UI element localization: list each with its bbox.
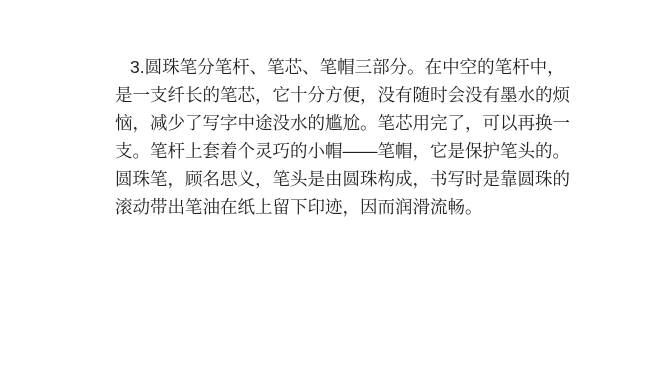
- text-line-1: 3.圆珠笔分笔杆、笔芯、笔帽三部分。在中空的笔杆中，: [115, 53, 585, 81]
- text-line-4: 支。笔杆上套着个灵巧的小帽——笔帽，它是保护笔头的。: [115, 137, 585, 165]
- slide-canvas: 3.圆珠笔分笔杆、笔芯、笔帽三部分。在中空的笔杆中， 是一支纤长的笔芯，它十分方…: [0, 0, 668, 376]
- text-line-5: 圆珠笔，顾名思义，笔头是由圆珠构成，书写时是靠圆珠的: [115, 165, 585, 193]
- text-line-3: 恼，减少了写字中途没水的尴尬。笔芯用完了，可以再换一: [115, 109, 585, 137]
- text-line-2: 是一支纤长的笔芯，它十分方便，没有随时会没有墨水的烦: [115, 81, 585, 109]
- text-line-6: 滚动带出笔油在纸上留下印迹，因而润滑流畅。: [115, 193, 585, 221]
- body-text-paragraph: 3.圆珠笔分笔杆、笔芯、笔帽三部分。在中空的笔杆中， 是一支纤长的笔芯，它十分方…: [115, 53, 585, 221]
